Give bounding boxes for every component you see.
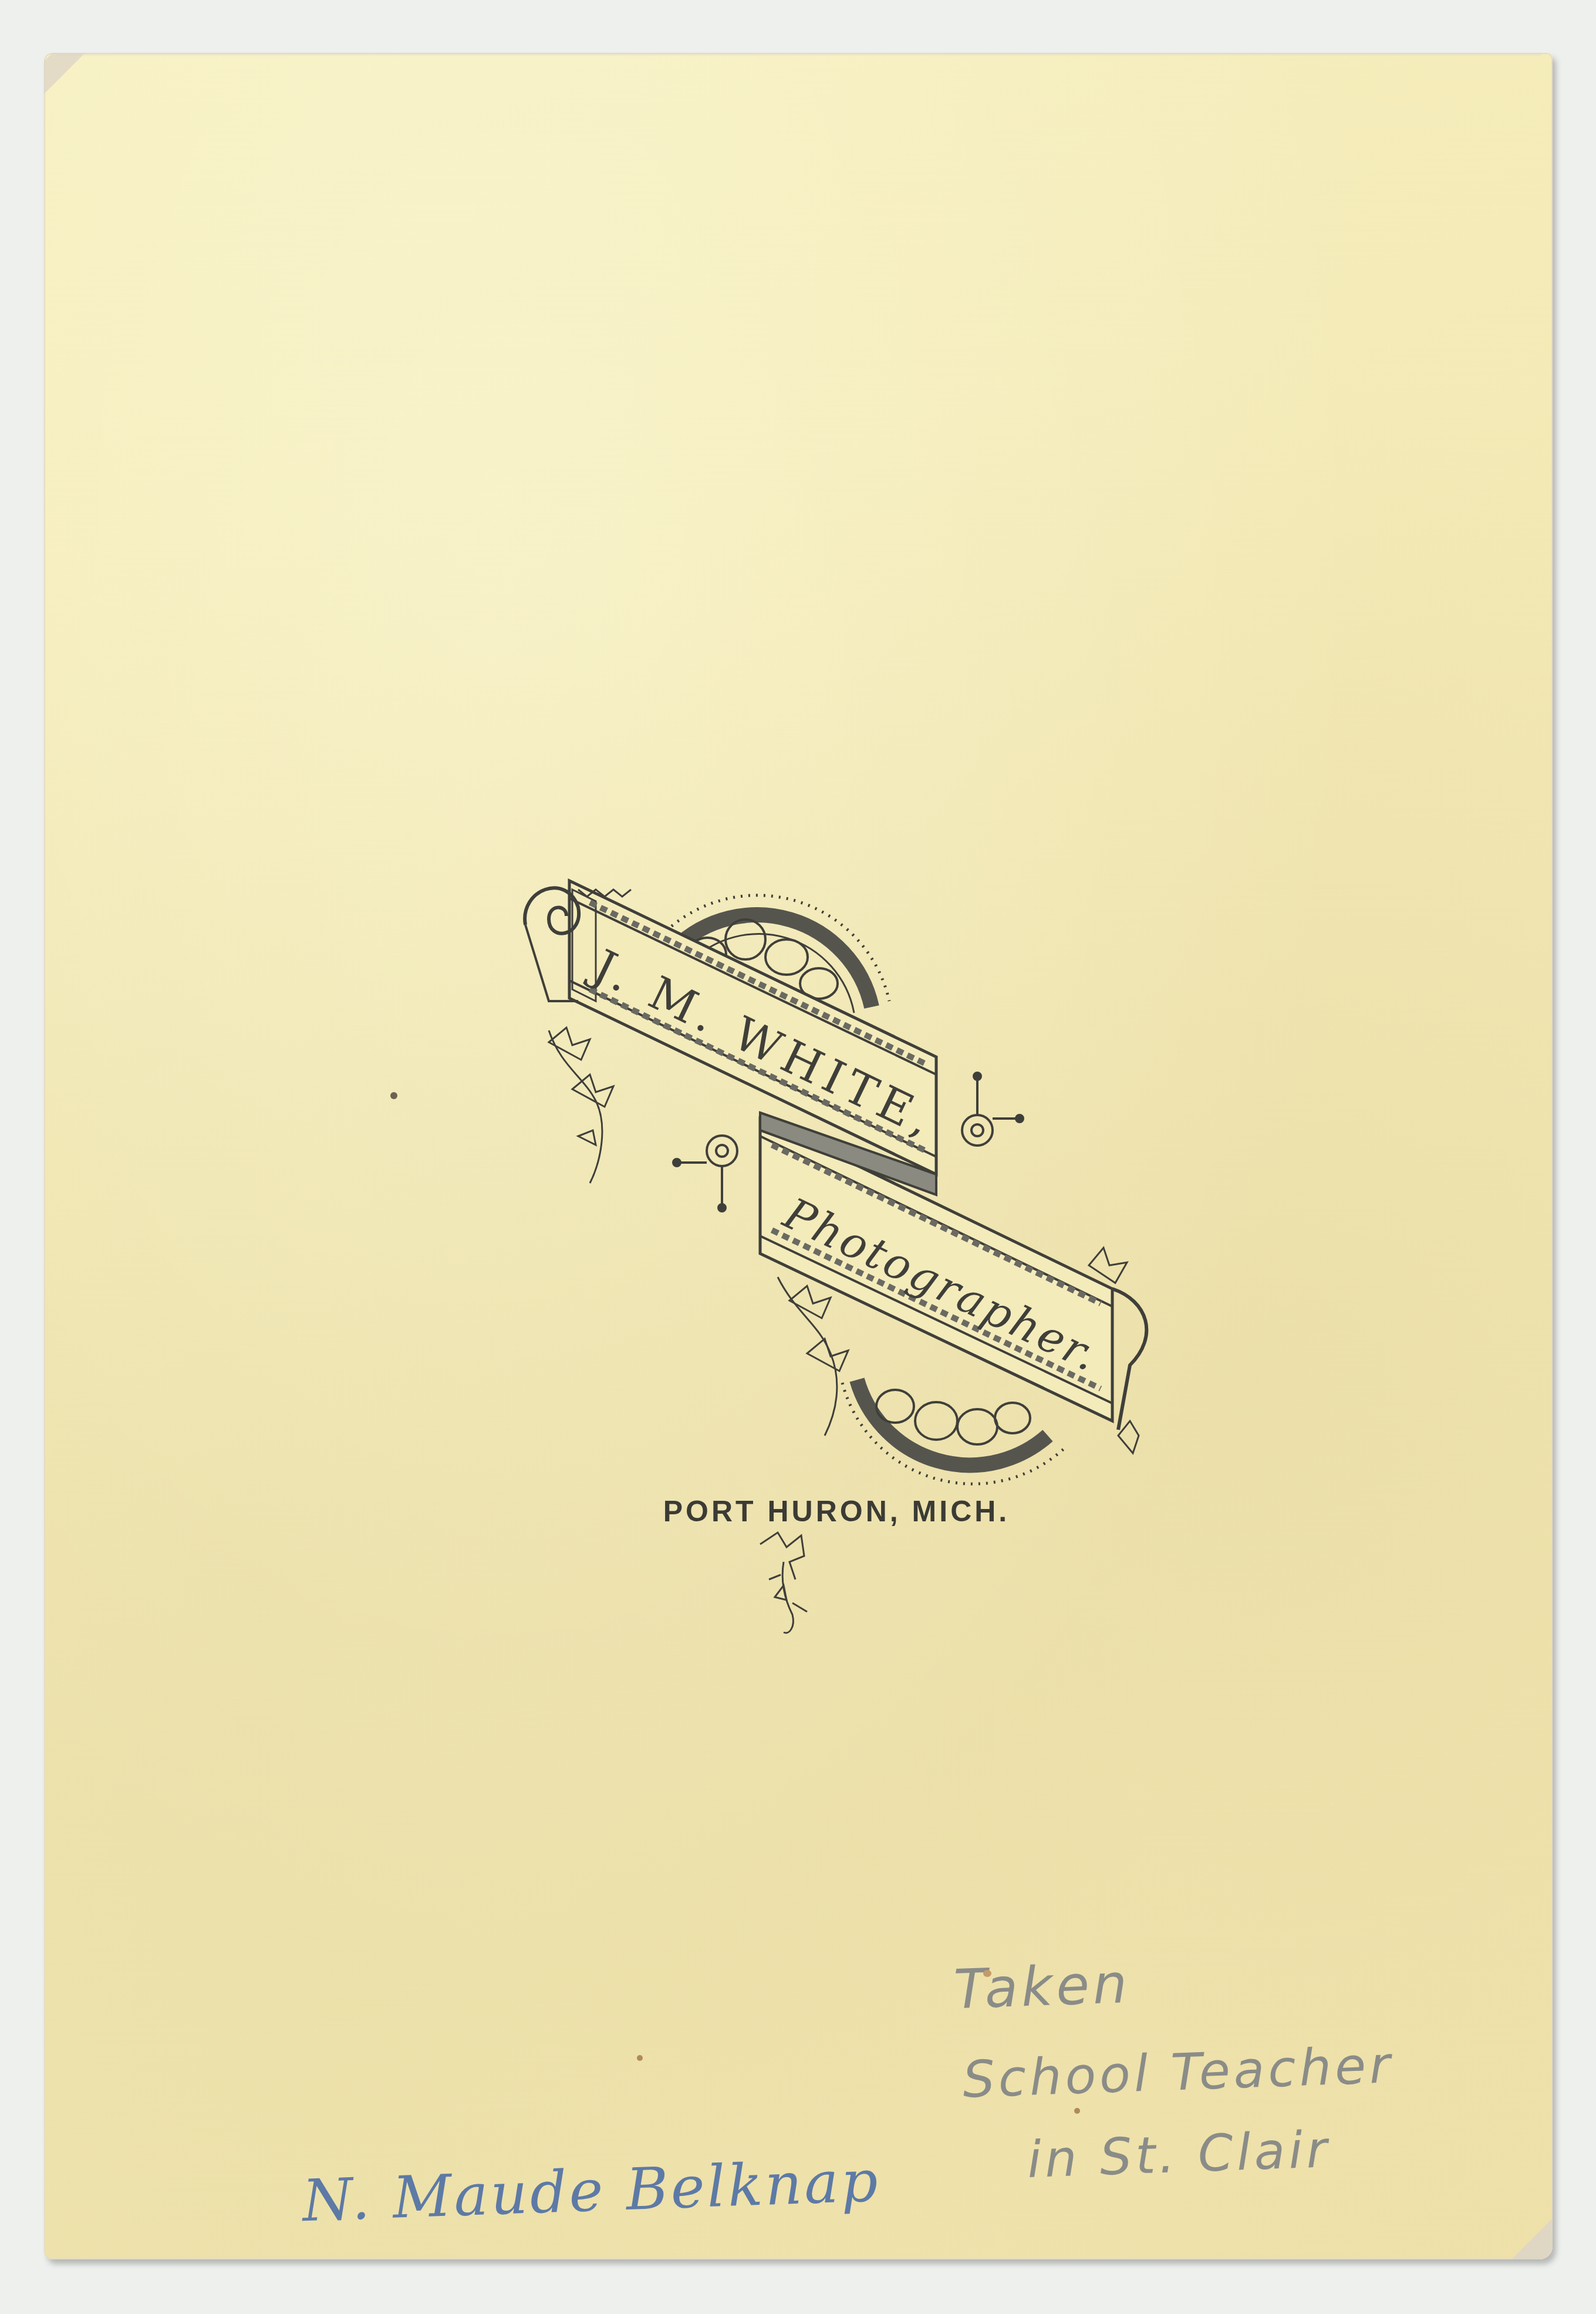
foxing-speck: [1074, 2108, 1080, 2114]
pencil-note-line-2: School Teacher: [961, 2036, 1394, 2110]
cabinet-card-back: J. M. WHITE, Photographer. PORT HURON, M…: [44, 53, 1553, 2259]
scan-background: J. M. WHITE, Photographer. PORT HURON, M…: [0, 0, 1596, 2314]
medallion-lower-icon: [842, 1380, 1065, 1484]
pencil-note-line-1: Taken: [953, 1952, 1132, 2021]
worn-corner: [1511, 2218, 1553, 2259]
studio-location: PORT HURON, MICH.: [543, 1494, 1130, 1528]
foxing-speck: [637, 2055, 643, 2061]
worn-corner: [44, 53, 85, 94]
foxing-speck: [983, 1970, 991, 1977]
pencil-note-line-3: in St. Clair: [1026, 2120, 1331, 2190]
foxing-speck: [390, 1092, 397, 1099]
ink-signature-name: N. Maude Belknap: [301, 2148, 881, 2235]
card-edge: [56, 53, 1541, 56]
ornamental-banner-logo-icon: J. M. WHITE, Photographer.: [514, 854, 1171, 1541]
ivy-sprig-ornament-icon: [748, 1527, 825, 1644]
